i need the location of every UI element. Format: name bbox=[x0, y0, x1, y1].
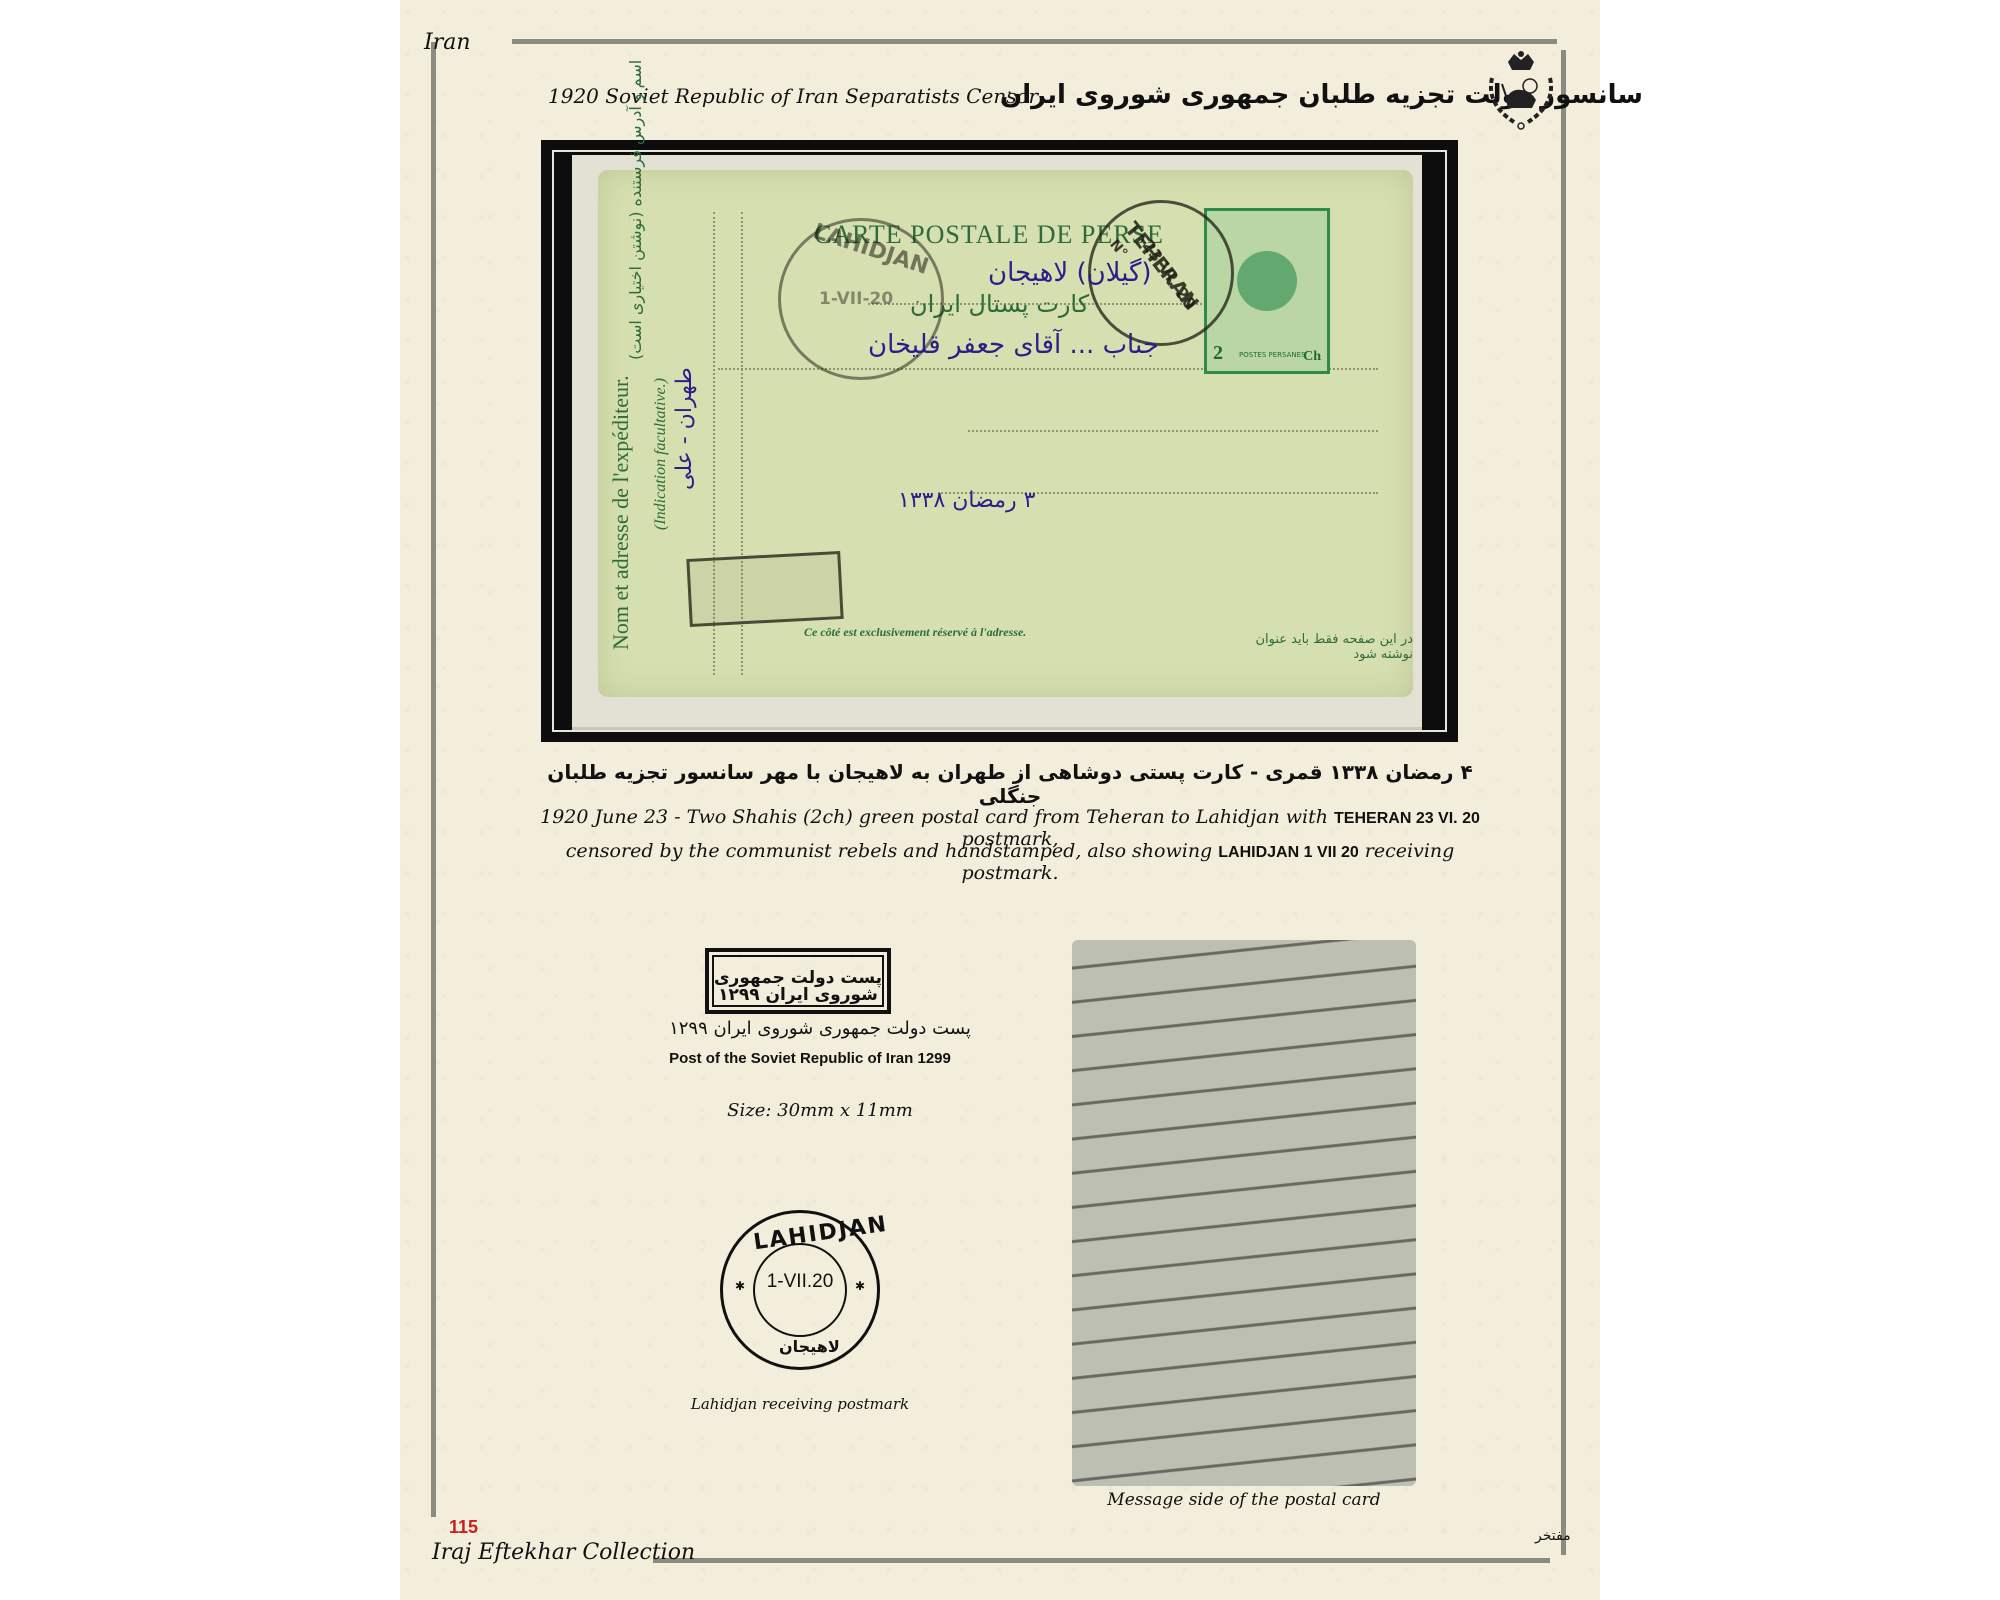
stamp-value: 2 bbox=[1213, 342, 1223, 365]
handstamp-size: Size: 30mm x 11mm bbox=[660, 1100, 980, 1121]
stamp-label: POSTES PERSANES bbox=[1239, 351, 1306, 359]
country-label: Iran bbox=[424, 30, 471, 55]
left-rule bbox=[431, 42, 436, 1517]
address-only-note: Ce côté est exclusivement réservé à l'ad… bbox=[804, 625, 1026, 640]
censor-handstamp-on-card bbox=[686, 551, 843, 627]
handwritten-date: ۳ رمضان ۱۳۳۸ bbox=[898, 488, 1035, 513]
handwritten-sender: طهران - علی bbox=[672, 367, 697, 490]
handstamp-text: پست دولت جمهوری شوروی ایران ۱۲۹۹ bbox=[709, 970, 887, 1004]
sender-optional-note: (Indication facultative.) bbox=[652, 378, 670, 530]
receiving-postmark-city-fa: لاهیجان bbox=[779, 1337, 840, 1356]
page-title-en: 1920 Soviet Republic of Iran Separatists… bbox=[548, 84, 1038, 108]
lion-and-sun-emblem-icon bbox=[1478, 48, 1564, 134]
caption-fa: ۴ رمضان ۱۳۳۸ قمری - کارت پستی دوشاهی از … bbox=[520, 760, 1500, 808]
sender-address-label: Nom et adresse de l'expéditeur. bbox=[608, 375, 634, 650]
handstamp-caption-en: Post of the Soviet Republic of Iran 1299 bbox=[600, 1050, 1020, 1067]
message-side-image bbox=[1072, 940, 1416, 1486]
lion-icon bbox=[1237, 251, 1297, 311]
stamp-currency: Ch bbox=[1303, 349, 1321, 365]
page-number: 115 bbox=[449, 1517, 478, 1538]
receiving-postmark: LAHIDJAN 1-VII.20 ✱ ✱ لاهیجان bbox=[720, 1210, 880, 1370]
right-rule bbox=[1561, 50, 1566, 1555]
censor-handstamp: پست دولت جمهوری شوروی ایران ۱۲۹۹ bbox=[705, 948, 891, 1014]
sender-address-label-fa: اسم و آدرس فرستنده (نوشتن اختیاری است) bbox=[626, 60, 645, 360]
caption-en-line2: censored by the communist rebels and han… bbox=[520, 840, 1500, 884]
handstamp-caption-fa: پست دولت جمهوری شوروی ایران ۱۲۹۹ bbox=[660, 1018, 980, 1039]
collection-name: Iraj Eftekhar Collection bbox=[432, 1540, 695, 1565]
postal-card: CARTE POSTALE DE PERSE کارت پستال ایران … bbox=[598, 170, 1413, 697]
receiving-postmark-date: 1-VII.20 bbox=[723, 1271, 877, 1293]
address-only-note-fa: در این صفحه فقط باید عنوان نوشته شود bbox=[1228, 632, 1413, 662]
star-icon: ✱ bbox=[735, 1279, 745, 1294]
lahidjan-postmark-date: 1-VII-20 bbox=[819, 289, 893, 309]
handwritten-address-line2: جناب ... آقای جعفر قلیخان bbox=[868, 330, 1159, 360]
signature: مفتخر bbox=[1535, 1528, 1571, 1544]
top-rule bbox=[512, 39, 1557, 44]
handwritten-address-line1: (گیلان) لاهیجان bbox=[988, 258, 1152, 288]
bottom-rule bbox=[653, 1558, 1550, 1563]
star-icon: ✱ bbox=[855, 1279, 865, 1294]
receiving-postmark-caption: Lahidjan receiving postmark bbox=[640, 1395, 960, 1413]
message-side-caption: Message side of the postal card bbox=[1072, 1490, 1416, 1510]
